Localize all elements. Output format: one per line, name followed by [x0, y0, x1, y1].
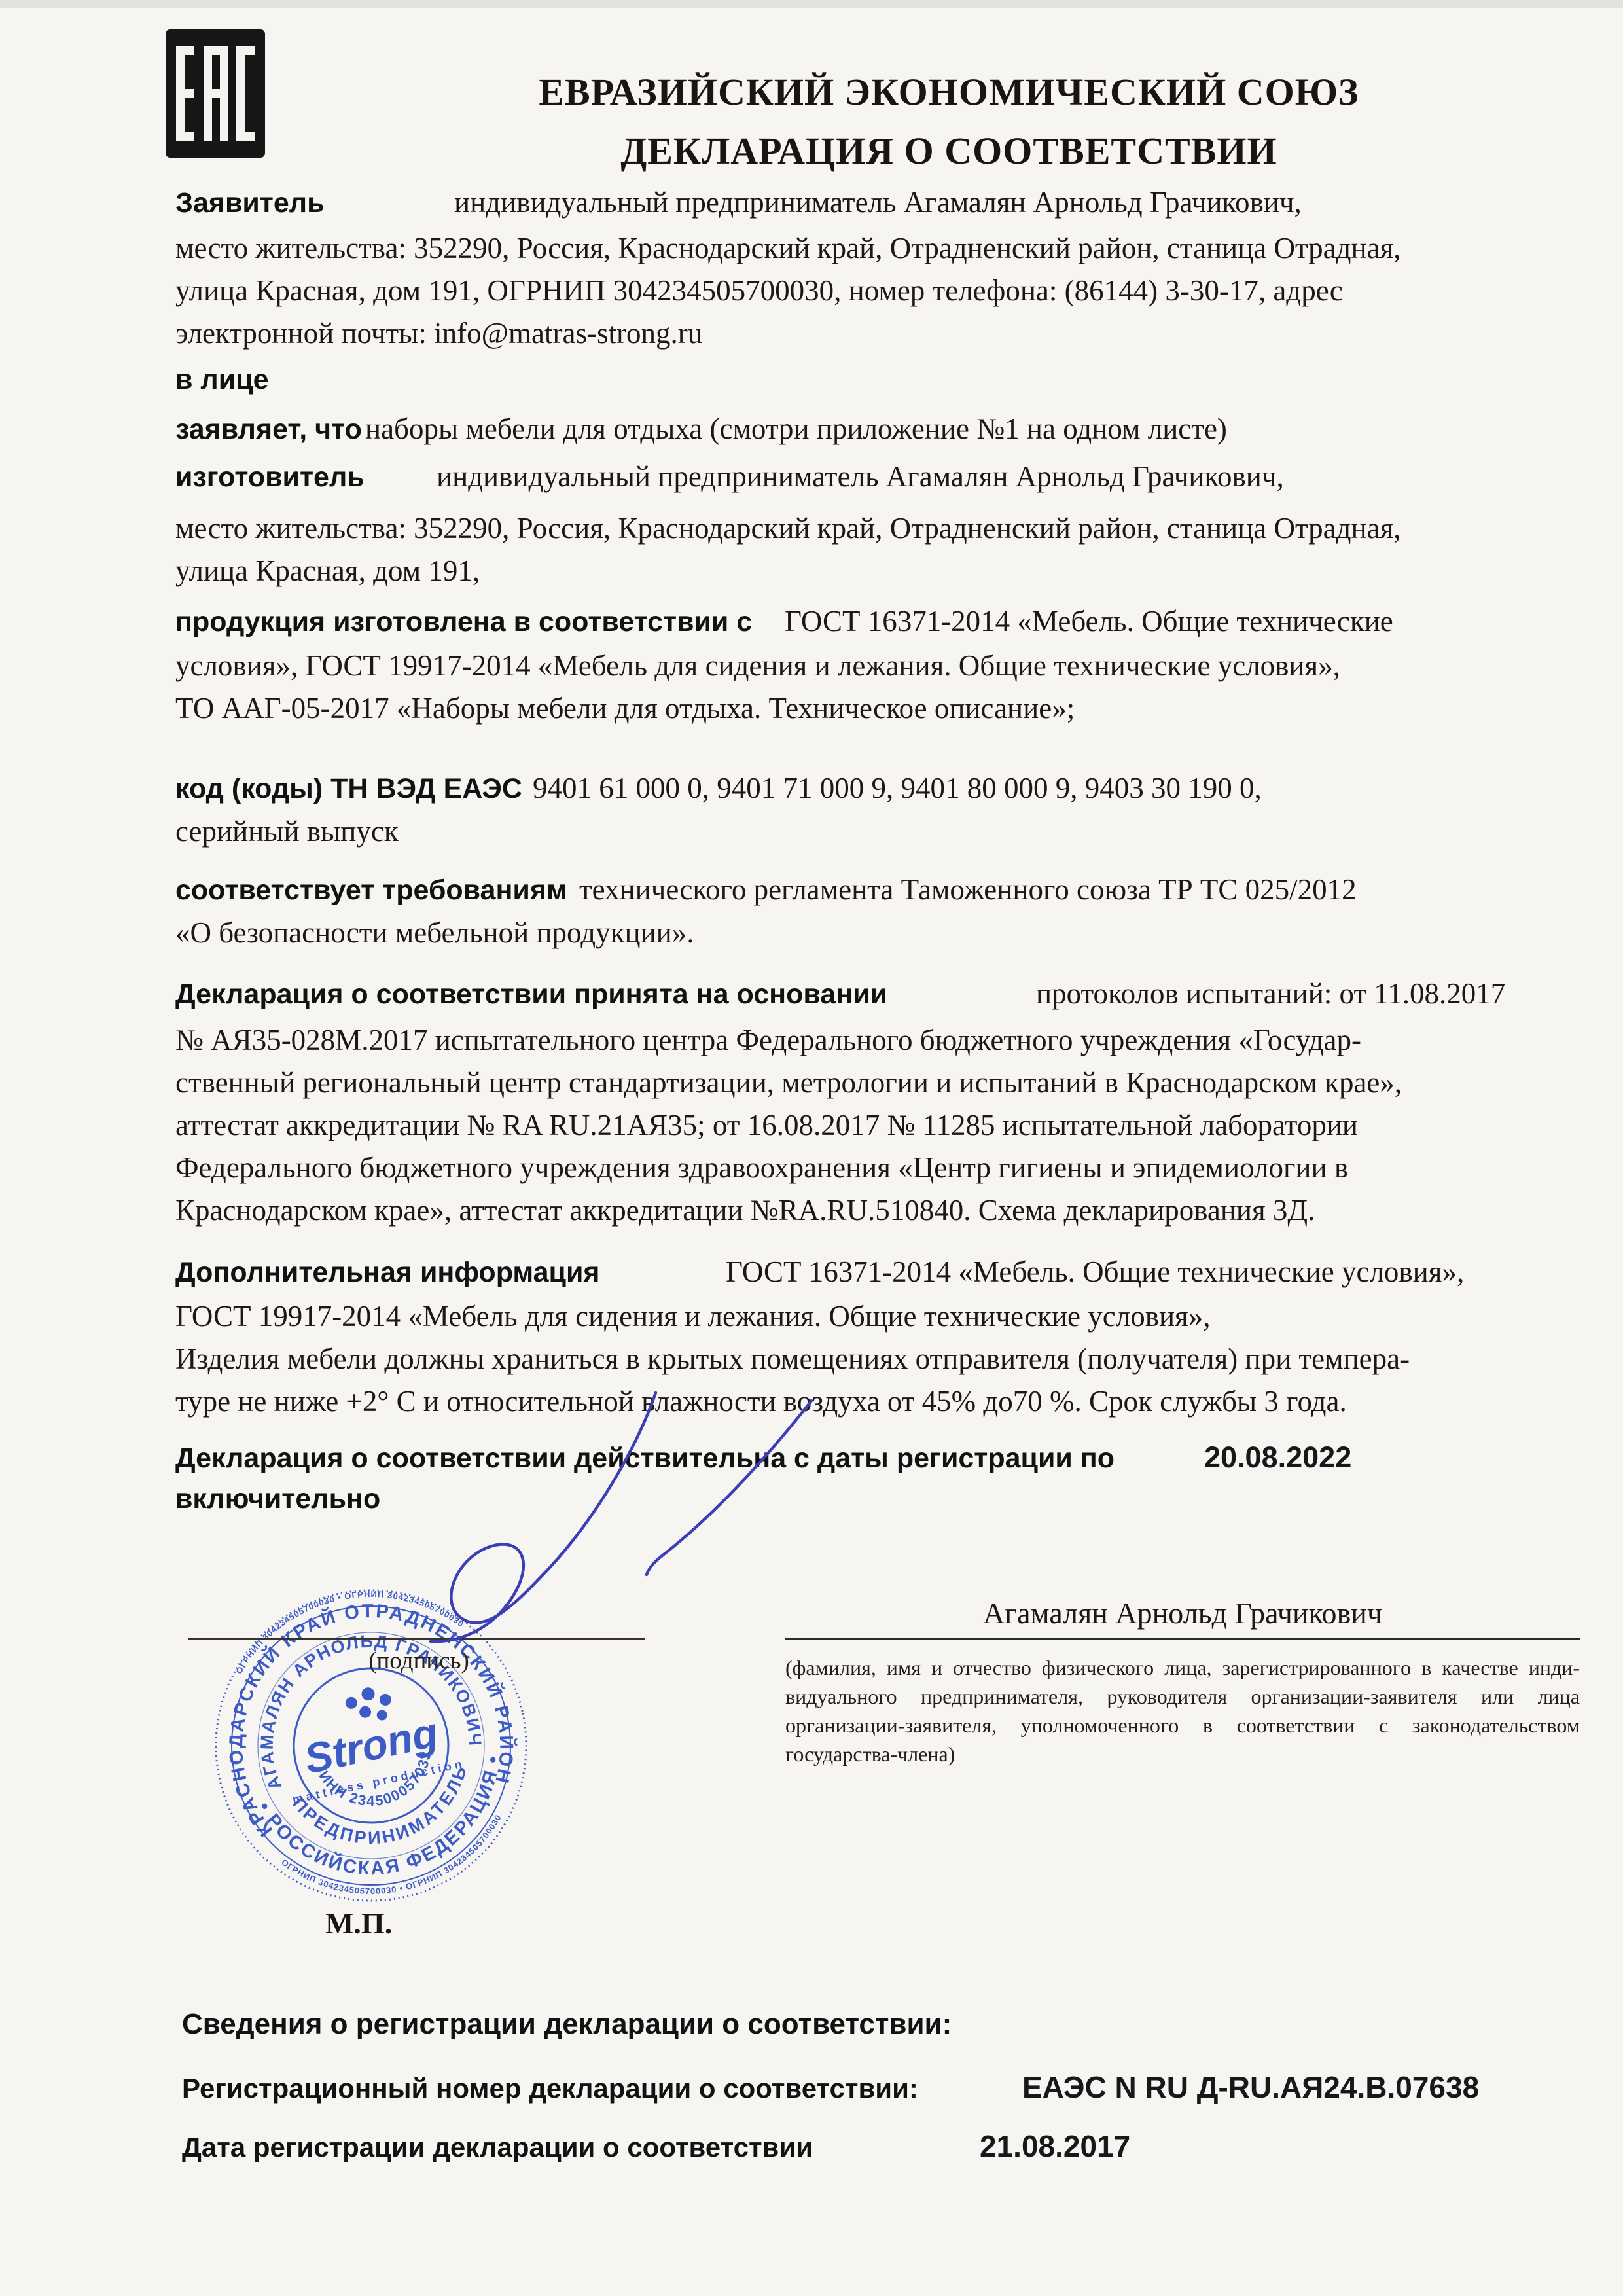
validity-label2: включительно — [175, 1483, 380, 1515]
title-line-1: ЕВРАЗИЙСКИЙ ЭКОНОМИЧЕСКИЙ СОЮЗ — [294, 63, 1603, 122]
field-declares: заявляет, что наборы мебели для отдыха (… — [175, 412, 1227, 446]
applicant-line: место жительства: 352290, Россия, Красно… — [175, 230, 1401, 266]
field-validity-cont: включительно — [175, 1483, 380, 1515]
code-label: код (коды) ТН ВЭД ЕАЭС — [175, 773, 533, 805]
made-line: ТО ААГ-05-2017 «Наборы мебели для отдыха… — [175, 691, 1075, 726]
manufacturer-value: индивидуальный предприниматель Агамалян … — [437, 459, 1284, 493]
manufacturer-line: улица Красная, дом 191, — [175, 553, 480, 588]
registration-number-value: ЕАЭС N RU Д-RU.АЯ24.В.07638 — [1022, 2070, 1479, 2105]
conforms-label: соответствует требованиям — [175, 874, 579, 906]
signatory-note: (фамилия, имя и отчество физического лиц… — [785, 1653, 1580, 1768]
basis-value: протоколов испытаний: от 11.08.2017 — [1036, 977, 1505, 1011]
note-line: видуального предпринимателя, руководител… — [785, 1682, 1580, 1711]
field-basis: Декларация о соответствии принята на осн… — [175, 977, 1505, 1011]
additional-line: ГОСТ 19917-2014 «Мебель для сидения и ле… — [175, 1299, 1210, 1334]
registration-number-label: Регистрационный номер декларации о соотв… — [182, 2073, 1022, 2104]
validity-date: 20.08.2022 — [1204, 1441, 1351, 1475]
field-made-in-accordance: продукция изготовлена в соответствии с Г… — [175, 604, 1393, 638]
basis-label: Декларация о соответствии принята на осн… — [175, 978, 1036, 1011]
signature-line-right — [785, 1638, 1580, 1640]
conforms-line: «О безопасности мебельной продукции». — [175, 915, 694, 950]
in-person-label: в лице — [175, 364, 268, 396]
conforms-value: технического регламента Таможенного союз… — [579, 872, 1357, 906]
note-line: организации-заявителя, уполномоченного в… — [785, 1711, 1580, 1740]
field-applicant: Заявитель индивидуальный предприниматель… — [175, 185, 1302, 219]
note-line: (фамилия, имя и отчество физического лиц… — [785, 1653, 1580, 1682]
field-manufacturer: изготовитель индивидуальный предпринимат… — [175, 459, 1284, 493]
field-additional-info: Дополнительная информация ГОСТ 16371-201… — [175, 1255, 1464, 1289]
basis-line: ственный региональный центр стандартизац… — [175, 1065, 1402, 1100]
basis-line: аттестат аккредитации № RA RU.21АЯ35; от… — [175, 1107, 1358, 1143]
basis-line: Федерального бюджетного учреждения здрав… — [175, 1150, 1348, 1185]
signatory-name: Агамалян Арнольд Грачикович — [785, 1596, 1580, 1630]
declares-label: заявляет, что — [175, 414, 365, 446]
field-registration-number: Регистрационный номер декларации о соотв… — [182, 2070, 1479, 2105]
registration-heading: Сведения о регистрации декларации о соот… — [182, 2008, 952, 2041]
registration-date-value: 21.08.2017 — [980, 2128, 1130, 2164]
title-line-2: ДЕКЛАРАЦИЯ О СООТВЕТСТВИИ — [294, 122, 1603, 181]
handwritten-signature — [353, 1381, 851, 1689]
eac-logo: EAC — [166, 29, 265, 158]
applicant-line: электронной почты: info@matras-strong.ru — [175, 315, 702, 351]
additional-value: ГОСТ 16371-2014 «Мебель. Общие техническ… — [726, 1255, 1464, 1289]
scan-edge-band — [0, 0, 1623, 8]
field-registration-date: Дата регистрации декларации о соответств… — [182, 2128, 1130, 2164]
document-title: ЕВРАЗИЙСКИЙ ЭКОНОМИЧЕСКИЙ СОЮЗ ДЕКЛАРАЦИ… — [294, 63, 1603, 181]
made-label: продукция изготовлена в соответствии с — [175, 606, 785, 638]
made-line: условия», ГОСТ 19917-2014 «Мебель для си… — [175, 648, 1340, 683]
applicant-line: улица Красная, дом 191, ОГРНИП 304234505… — [175, 273, 1343, 308]
made-value: ГОСТ 16371-2014 «Мебель. Общие техническ… — [785, 604, 1393, 638]
signature-caption: (подпись) — [281, 1647, 556, 1675]
code-value: 9401 61 000 0, 9401 71 000 9, 9401 80 00… — [533, 771, 1262, 805]
basis-line: Краснодарском крае», аттестат аккредитац… — [175, 1193, 1315, 1228]
field-in-person: в лице — [175, 364, 268, 396]
declaration-document: EAC ЕВРАЗИЙСКИЙ ЭКОНОМИЧЕСКИЙ СОЮЗ ДЕКЛА… — [0, 0, 1623, 2296]
registration-date-label: Дата регистрации декларации о соответств… — [182, 2132, 980, 2163]
additional-label: Дополнительная информация — [175, 1257, 726, 1289]
code-line: серийный выпуск — [175, 814, 399, 849]
additional-line: Изделия мебели должны храниться в крытых… — [175, 1341, 1410, 1376]
field-tnved-code: код (коды) ТН ВЭД ЕАЭС 9401 61 000 0, 94… — [175, 771, 1262, 805]
manufacturer-label: изготовитель — [175, 461, 437, 493]
declares-value: наборы мебели для отдыха (смотри приложе… — [365, 412, 1227, 446]
manufacturer-line: место жительства: 352290, Россия, Красно… — [175, 511, 1401, 546]
note-line: государства-члена) — [785, 1740, 1580, 1768]
stamp-place-label: М.П. — [325, 1906, 392, 1941]
field-conforms: соответствует требованиям технического р… — [175, 872, 1357, 906]
applicant-value: индивидуальный предприниматель Агамалян … — [454, 185, 1302, 219]
basis-line: № АЯ35-028М.2017 испытательного центра Ф… — [175, 1022, 1361, 1058]
applicant-label: Заявитель — [175, 187, 454, 219]
